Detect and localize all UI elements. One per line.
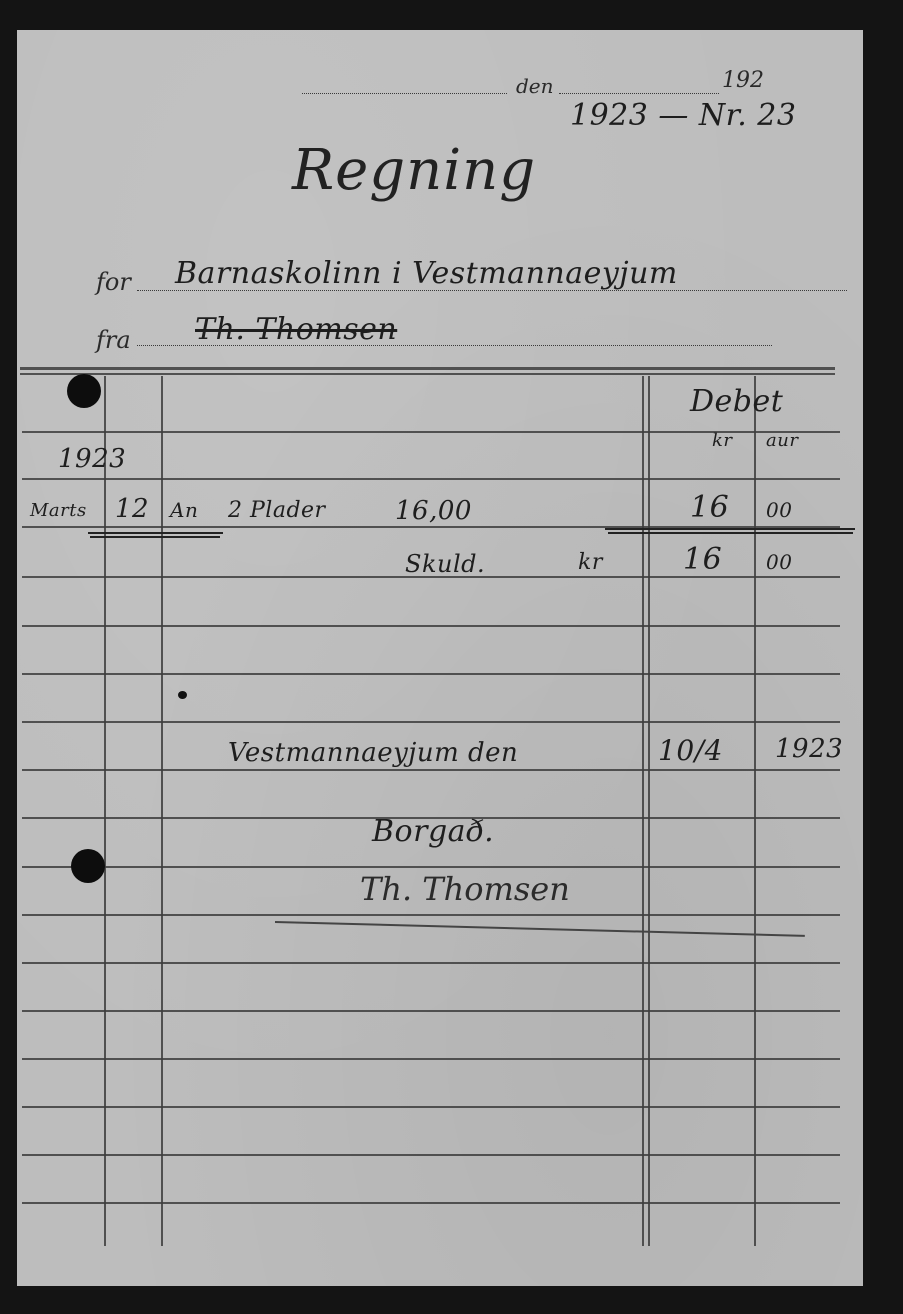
entry-aur: 00: [766, 498, 792, 522]
closing-date-daymonth: 10/4: [658, 734, 723, 767]
row-rule: [22, 769, 840, 771]
row-rule: [22, 625, 840, 627]
row-rule: [22, 1010, 840, 1012]
row-rule: [22, 962, 840, 964]
entry-year: 1923: [58, 444, 126, 474]
perforated-edge: [17, 27, 859, 33]
total-label: Skuld.: [405, 550, 485, 578]
row-rule: [22, 1202, 840, 1204]
closing-place: Vestmannaeyjum den: [228, 738, 518, 768]
aur-header: aur: [766, 430, 798, 451]
kr-header: kr: [712, 430, 733, 451]
column-rule-aur: [754, 376, 756, 1246]
debet-header: Debet: [690, 384, 783, 419]
total-aur: 00: [766, 550, 792, 574]
total-currency: kr: [578, 550, 603, 575]
punch-hole-top: [67, 374, 101, 408]
fra-label: fra: [96, 326, 131, 354]
header-rule-top: [20, 367, 835, 370]
ink-blot: [178, 691, 187, 699]
for-value: Barnaskolinn i Vestmannaeyjum: [175, 256, 678, 291]
row-rule: [22, 1154, 840, 1156]
row-rule: [22, 1058, 840, 1060]
sum-underline-2: [608, 532, 853, 534]
column-rule-day: [161, 376, 163, 1246]
row-rule: [22, 866, 840, 868]
signature: Th. Thomsen: [360, 870, 570, 908]
row-rule: [22, 914, 840, 916]
punch-hole-bottom: [71, 849, 105, 883]
entry-month: Marts: [30, 500, 87, 521]
year-printed: 192: [722, 68, 764, 93]
sum-underline: [605, 528, 855, 530]
column-rule-date: [104, 376, 106, 1246]
for-label: for: [96, 268, 131, 296]
total-kr: 16: [683, 542, 722, 577]
date-place-line: [302, 93, 507, 94]
reference-number: 1923 — Nr. 23: [570, 98, 796, 133]
header-rule-bottom: [20, 373, 835, 375]
row-rule: [22, 673, 840, 675]
column-rule-amount-left: [642, 376, 644, 1246]
row-rule: [22, 1106, 840, 1108]
entry-kr: 16: [690, 490, 729, 525]
entry-amount-inline: 16,00: [395, 496, 472, 526]
from-value: Th. Thomsen: [195, 312, 397, 347]
date-line: [559, 93, 719, 94]
closing-date-year: 1923: [775, 734, 843, 764]
date-underline-2: [90, 536, 220, 538]
entry-description: 2 Plader: [228, 498, 326, 523]
entry-day: 12: [115, 494, 149, 524]
row-rule: [22, 478, 840, 480]
row-rule: [22, 721, 840, 723]
column-rule-amount-left-2: [648, 376, 650, 1246]
receipt-note: Borgað.: [372, 814, 494, 849]
entry-prefix: An: [170, 498, 198, 522]
date-underline: [88, 532, 223, 534]
invoice-paper: [17, 30, 863, 1286]
page-title: Regning: [292, 138, 536, 203]
den-label: den: [516, 74, 554, 98]
